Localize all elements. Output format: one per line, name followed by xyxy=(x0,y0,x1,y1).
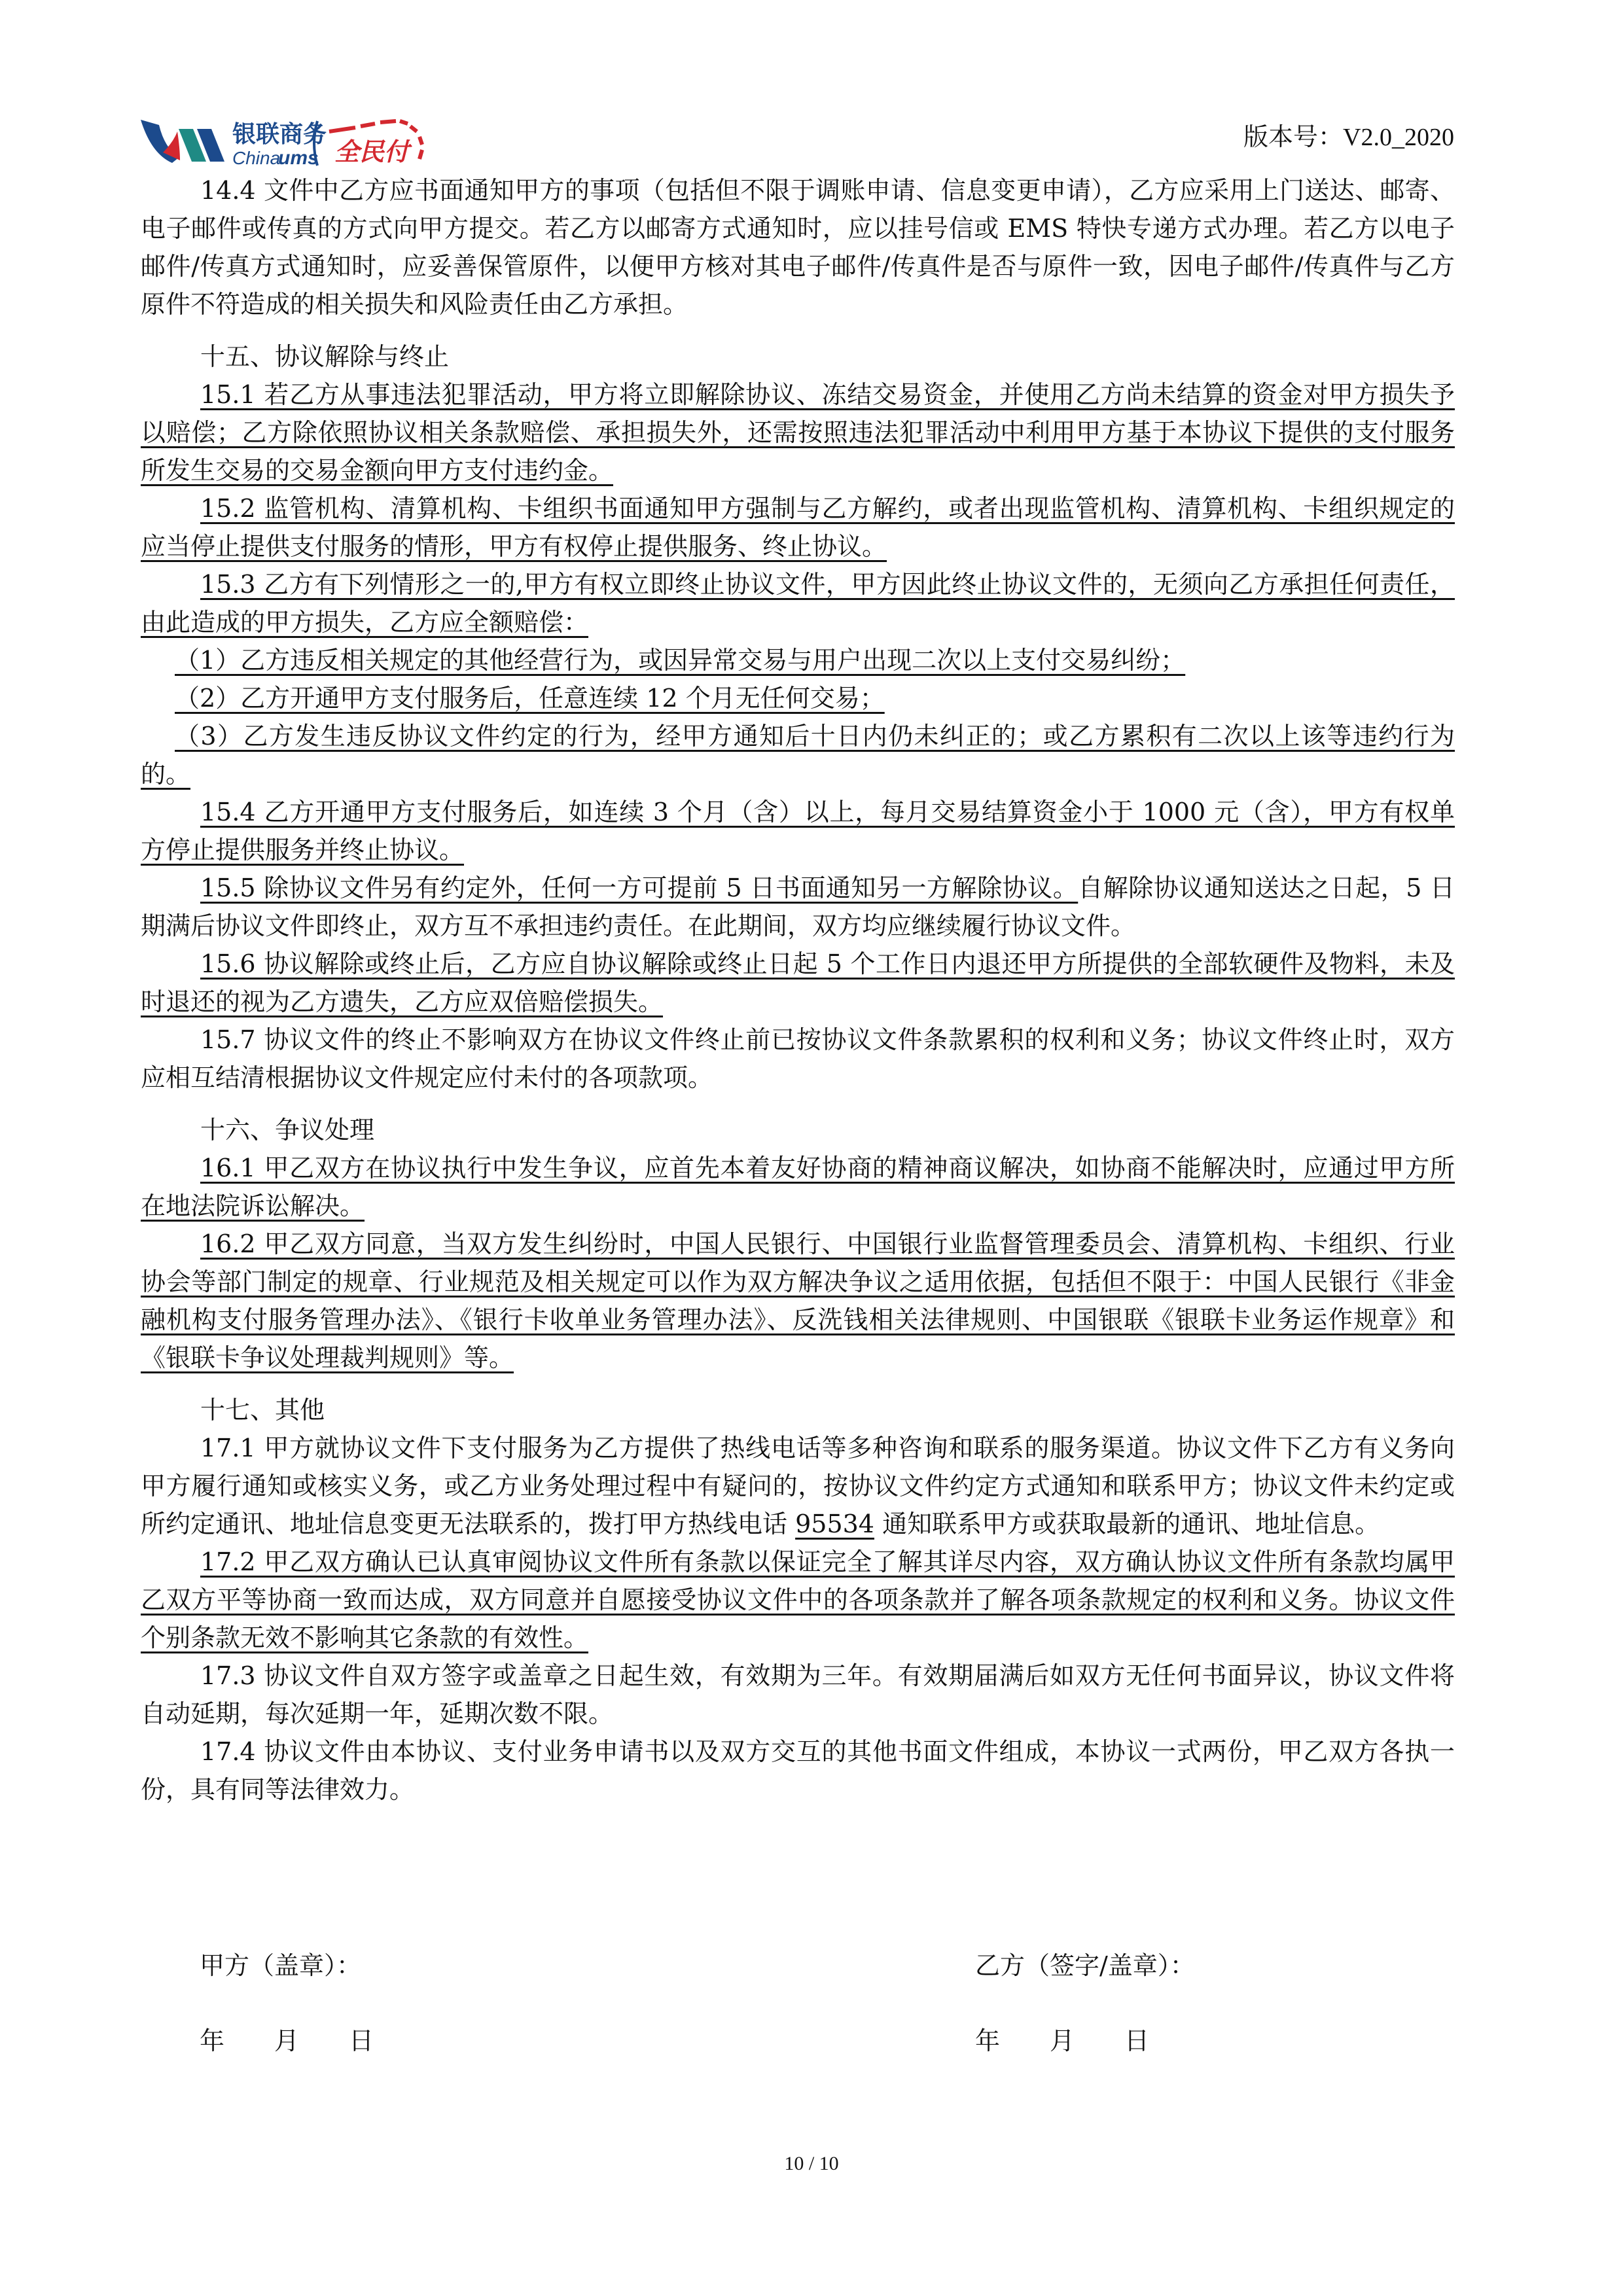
svg-text:银联商务: 银联商务 xyxy=(232,121,327,148)
hotline-number: 95534 xyxy=(795,1510,874,1538)
party-a-seal-label: 甲方（盖章）： xyxy=(200,1947,361,1985)
clause-15-3-text: 15.3 乙方有下列情形之一的,甲方有权立即终止协议文件，甲方因此终止协议文件的… xyxy=(141,570,1455,637)
clause-15-2-text: 15.2 监管机构、清算机构、卡组织书面通知甲方强制与乙方解约，或者出现监管机构… xyxy=(141,494,1455,561)
page-header: 银联商务 China ums 全民付 版本号：V2.0_2020 xyxy=(0,0,1623,170)
clause-15-4: 15.4 乙方开通甲方支付服务后，如连续 3 个月（含）以上，每月交易结算资金小… xyxy=(141,793,1455,869)
clause-15-3-item-1: （1）乙方违反相关规定的其他经营行为，或因异常交易与用户出现二次以上支付交易纠纷… xyxy=(141,641,1455,679)
clause-15-3-item-3-text: （3）乙方发生违反协议文件约定的行为，经甲方通知后十日内仍未纠正的；或乙方累积有… xyxy=(141,722,1455,788)
svg-text:全民付: 全民付 xyxy=(334,137,412,166)
clause-15-6-text: 15.6 协议解除或终止后，乙方应自协议解除或终止日起 5 个工作日内退还甲方所… xyxy=(141,949,1455,1016)
page-number: 10 / 10 xyxy=(0,2153,1623,2175)
clause-15-1-text: 15.1 若乙方从事违法犯罪活动，甲方将立即解除协议、冻结交易资金，并使用乙方尚… xyxy=(141,380,1455,485)
party-b-seal-label: 乙方（签字/盖章）： xyxy=(975,1947,1195,1985)
clause-16-1: 16.1 甲乙双方在协议执行中发生争议，应首先本着友好协商的精神商议解决，如协商… xyxy=(141,1149,1455,1225)
clause-16-2-text: 16.2 甲乙双方同意，当双方发生纠纷时，中国人民银行、中国银行业监督管理委员会… xyxy=(141,1229,1455,1372)
document-body: 14.4 文件中乙方应书面通知甲方的事项（包括但不限于调账申请、信息变更申请），… xyxy=(141,171,1455,1809)
clause-17-1-part-b: 通知联系甲方或获取最新的通讯、地址信息。 xyxy=(874,1510,1380,1538)
clause-15-5-underlined: 15.5 除协议文件另有约定外，任何一方可提前 5 日书面通知另一方解除协议。 xyxy=(200,874,1078,902)
clause-15-3-item-2: （2）乙方开通甲方支付服务后，任意连续 12 个月无任何交易； xyxy=(141,679,1455,717)
section-heading-17: 十七、其他 xyxy=(141,1391,1455,1429)
clause-15-3: 15.3 乙方有下列情形之一的,甲方有权立即终止协议文件，甲方因此终止协议文件的… xyxy=(141,565,1455,641)
clause-15-4-text: 15.4 乙方开通甲方支付服务后，如连续 3 个月（含）以上，每月交易结算资金小… xyxy=(141,798,1455,864)
svg-text:China: China xyxy=(232,148,280,167)
version-number: 版本号：V2.0_2020 xyxy=(1243,116,1454,152)
clause-15-5: 15.5 除协议文件另有约定外，任何一方可提前 5 日书面通知另一方解除协议。自… xyxy=(141,869,1455,945)
clause-15-6: 15.6 协议解除或终止后，乙方应自协议解除或终止日起 5 个工作日内退还甲方所… xyxy=(141,945,1455,1021)
clause-15-3-item-1-text: （1）乙方违反相关规定的其他经营行为，或因异常交易与用户出现二次以上支付交易纠纷… xyxy=(175,646,1185,675)
section-heading-15: 十五、协议解除与终止 xyxy=(141,338,1455,376)
section-heading-16: 十六、争议处理 xyxy=(141,1111,1455,1149)
clause-14-4: 14.4 文件中乙方应书面通知甲方的事项（包括但不限于调账申请、信息变更申请），… xyxy=(141,171,1455,323)
clause-15-3-item-2-text: （2）乙方开通甲方支付服务后，任意连续 12 个月无任何交易； xyxy=(175,684,885,713)
clause-16-1-text: 16.1 甲乙双方在协议执行中发生争议，应首先本着友好协商的精神商议解决，如协商… xyxy=(141,1154,1455,1220)
clause-17-1: 17.1 甲方就协议文件下支付服务为乙方提供了热线电话等多种咨询和联系的服务渠道… xyxy=(141,1429,1455,1543)
clause-15-2: 15.2 监管机构、清算机构、卡组织书面通知甲方强制与乙方解约，或者出现监管机构… xyxy=(141,489,1455,565)
clause-15-3-item-3: （3）乙方发生违反协议文件约定的行为，经甲方通知后十日内仍未纠正的；或乙方累积有… xyxy=(141,717,1455,793)
party-a-date: 年 月 日 xyxy=(200,2022,374,2060)
clause-17-2: 17.2 甲乙双方确认已认真审阅协议文件所有条款以保证完全了解其详尽内容，双方确… xyxy=(141,1543,1455,1657)
clause-17-2-text: 17.2 甲乙双方确认已认真审阅协议文件所有条款以保证完全了解其详尽内容，双方确… xyxy=(141,1547,1455,1652)
clause-15-7: 15.7 协议文件的终止不影响双方在协议文件终止前已按协议文件条款累积的权利和义… xyxy=(141,1021,1455,1097)
chinaums-logo-icon: 银联商务 China ums 全民付 xyxy=(139,115,506,167)
clause-17-4: 17.4 协议文件由本协议、支付业务申请书以及双方交互的其他书面文件组成，本协议… xyxy=(141,1733,1455,1809)
clause-17-3: 17.3 协议文件自双方签字或盖章之日起生效，有效期为三年。有效期届满后如双方无… xyxy=(141,1657,1455,1733)
clause-15-1: 15.1 若乙方从事违法犯罪活动，甲方将立即解除协议、冻结交易资金，并使用乙方尚… xyxy=(141,376,1455,489)
svg-text:ums: ums xyxy=(278,147,319,167)
party-b-date: 年 月 日 xyxy=(975,2022,1149,2060)
chinaums-logo: 银联商务 China ums 全民付 xyxy=(139,115,506,167)
clause-16-2: 16.2 甲乙双方同意，当双方发生纠纷时，中国人民银行、中国银行业监督管理委员会… xyxy=(141,1225,1455,1377)
